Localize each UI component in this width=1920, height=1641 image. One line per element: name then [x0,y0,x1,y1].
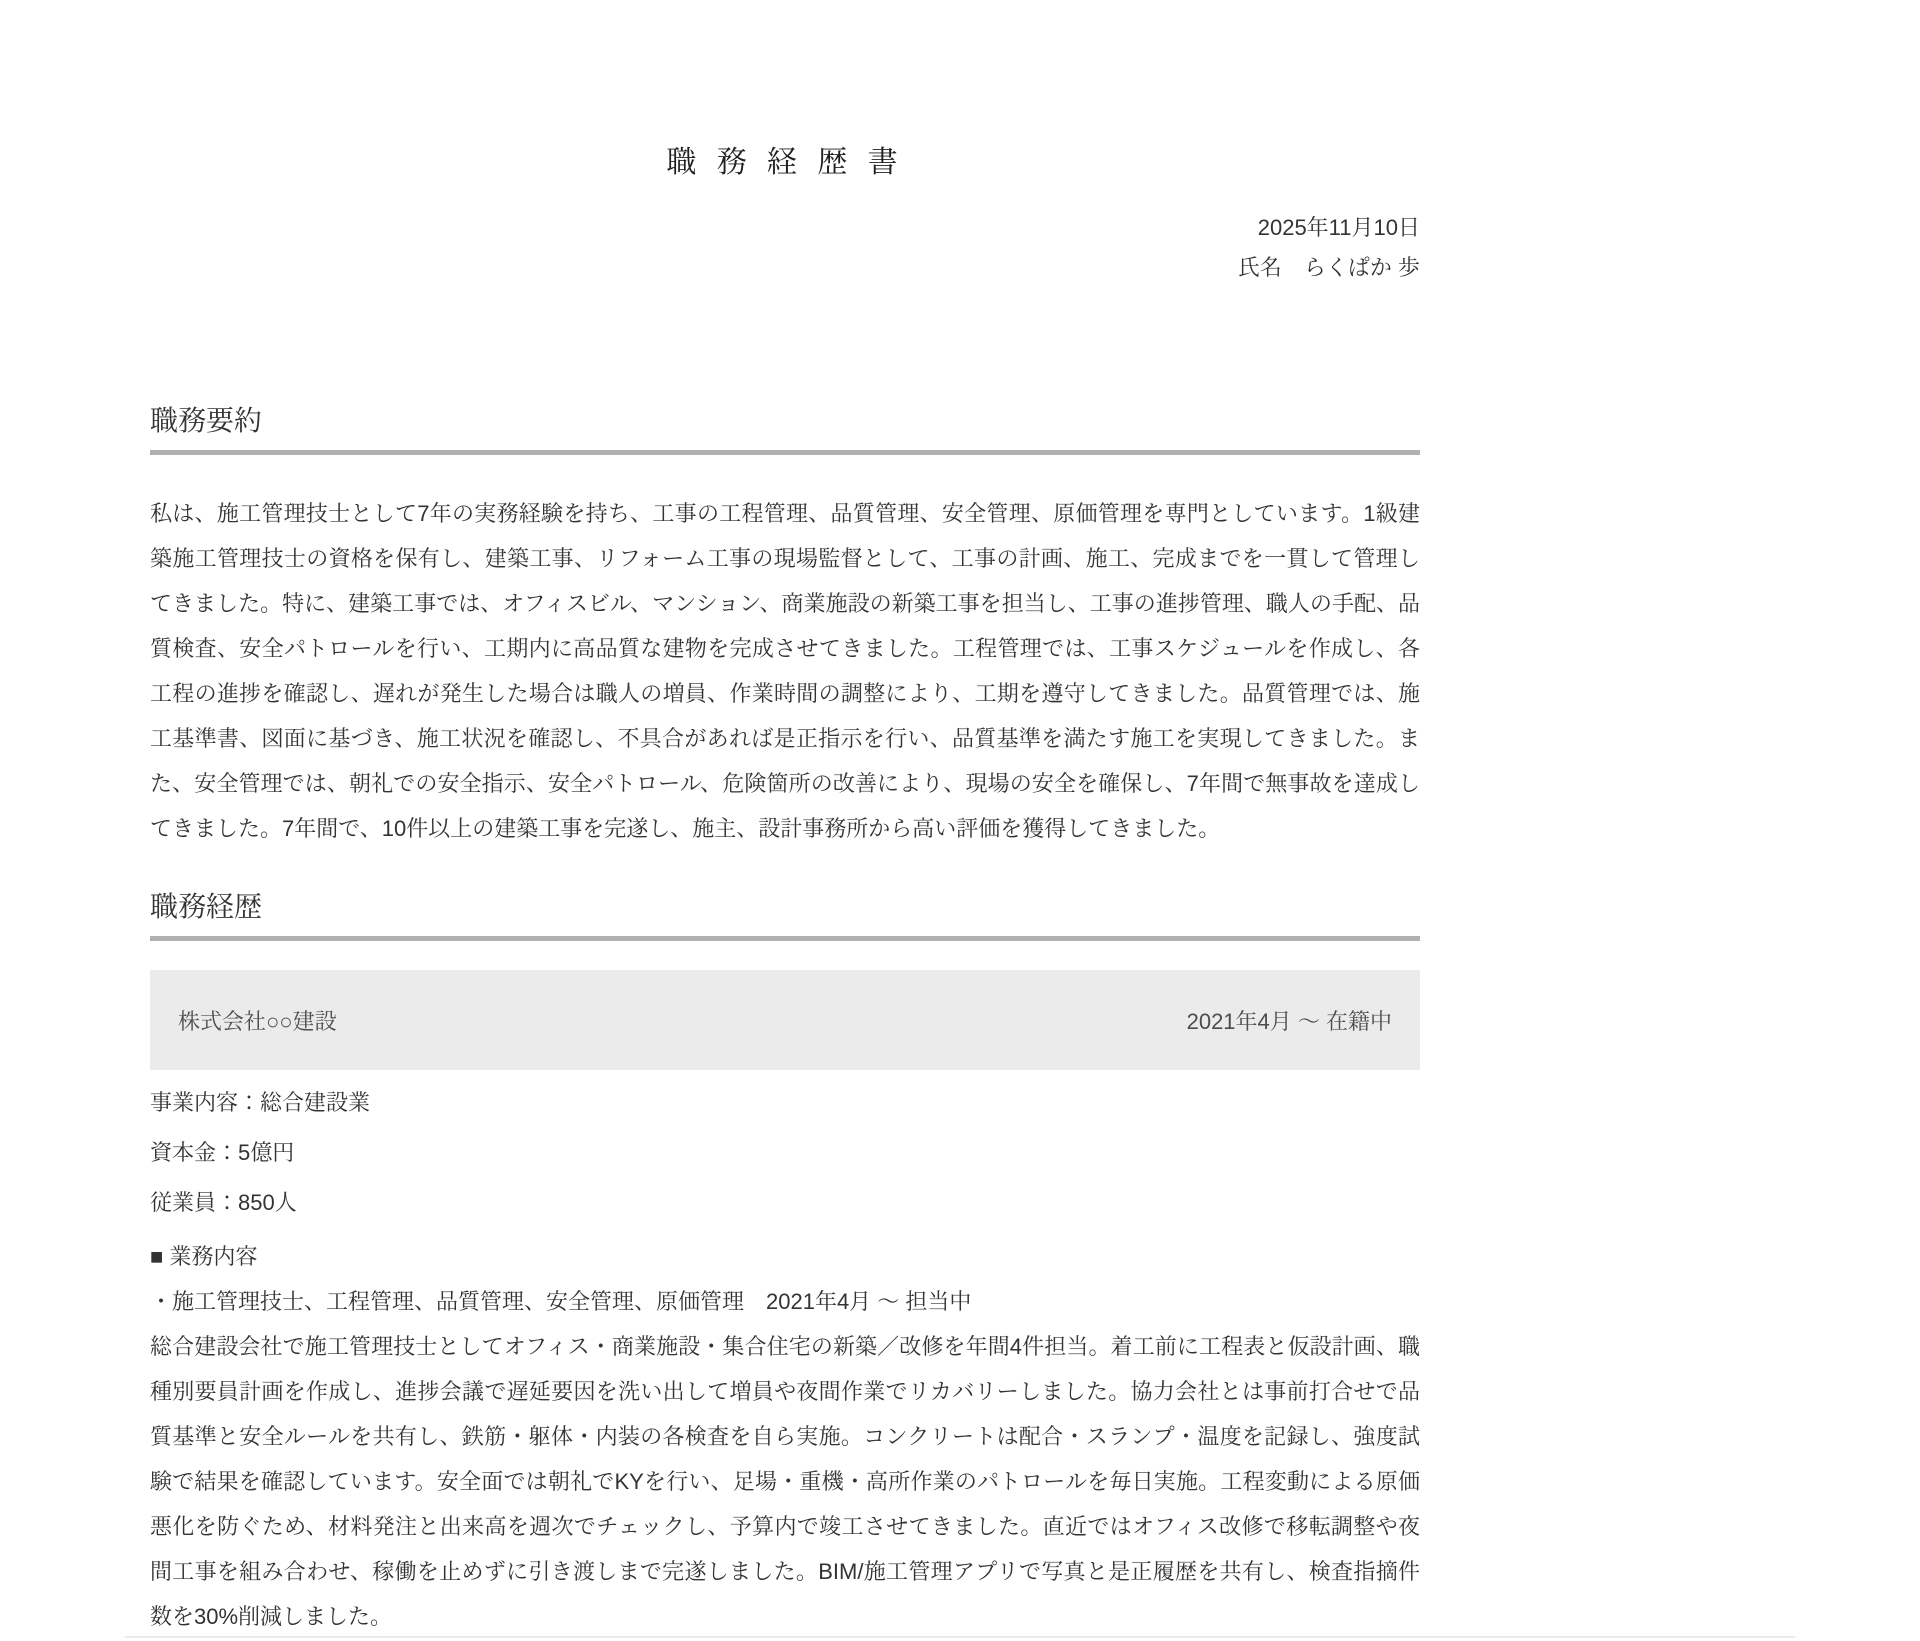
bottom-section-divider [125,1636,1795,1638]
summary-body-text: 私は、施工管理技士として7年の実務経験を持ち、工事の工程管理、品質管理、安全管理… [150,491,1420,851]
company-fact-business: 事業内容：総合建設業 [150,1078,1420,1128]
company-fact-employees: 従業員：850人 [150,1178,1420,1228]
duties-block: ■ 業務内容 ・施工管理技士、工程管理、品質管理、安全管理、原価管理 2021年… [150,1234,1420,1639]
summary-heading-rule [150,450,1420,455]
duties-description: 総合建設会社で施工管理技士としてオフィス・商業施設・集合住宅の新築／改修を年間4… [150,1324,1420,1639]
duties-role-line: ・施工管理技士、工程管理、品質管理、安全管理、原価管理 2021年4月 〜 担当… [150,1279,1420,1324]
document-page: 職 務 経 歴 書 2025年11月10日 氏名 らくぱか 歩 職務要約 私は、… [0,0,1920,1641]
summary-section-heading: 職務要約 [150,403,1420,438]
history-section-heading: 職務経歴 [150,889,1420,924]
document-title: 職 務 経 歴 書 [150,145,1420,180]
company-name: 株式会社○○建設 [178,1005,337,1036]
company-facts: 事業内容：総合建設業 資本金：5億円 従業員：850人 [150,1078,1420,1228]
document-date: 2025年11月10日 [150,208,1420,248]
document-meta: 2025年11月10日 氏名 らくぱか 歩 [150,208,1420,288]
applicant-name-line: 氏名 らくぱか 歩 [150,248,1420,288]
company-fact-capital: 資本金：5億円 [150,1128,1420,1178]
employment-period: 2021年4月 〜 在籍中 [1187,1005,1392,1036]
company-header-box: 株式会社○○建設 2021年4月 〜 在籍中 [150,970,1420,1070]
duties-heading: ■ 業務内容 [150,1234,1420,1279]
history-heading-rule [150,936,1420,941]
content-column: 職 務 経 歴 書 2025年11月10日 氏名 らくぱか 歩 職務要約 私は、… [150,0,1420,1639]
